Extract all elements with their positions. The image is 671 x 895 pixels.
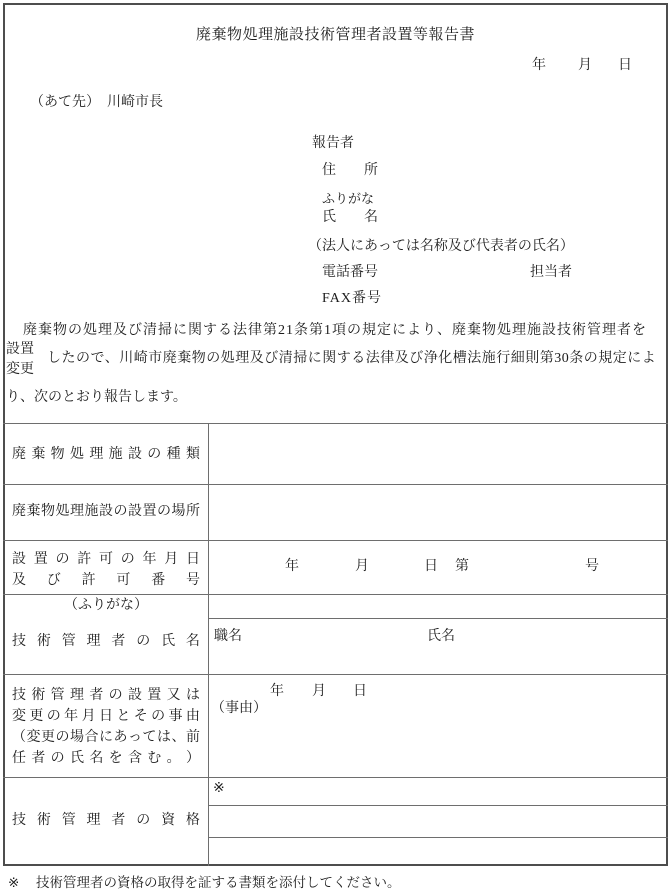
footnote-text: 技術管理者の資格の取得を証する書類を添付してください。 <box>36 875 401 892</box>
document-page: 廃棄物処理施設技術管理者設置等報告書 年 月 日 （あて先） 川崎市長 報告者 … <box>0 0 671 895</box>
facility-location-value-cell <box>209 485 668 540</box>
appointment-reason-label: （事由） <box>211 700 267 718</box>
manager-job-title-label: 職名 <box>214 628 242 646</box>
row-divider <box>3 777 668 778</box>
reporter-address-label: 住 所 <box>322 162 378 180</box>
qualification-label: 技術管理者の資格 <box>12 812 200 830</box>
reporter-contact-person-label: 担当者 <box>530 264 572 282</box>
body-paragraph-line2: したので、川崎市廃棄物の処理及び清掃に関する法律及び浄化槽法施行細則第30条の規… <box>47 350 656 368</box>
appointment-month-label: 月 <box>312 683 326 701</box>
appointment-label-line2: 変更の年月日とその事由 <box>12 708 200 726</box>
qualification-value-cell <box>209 806 668 836</box>
manager-furigana-value-cell <box>209 595 668 617</box>
permit-label-line2: 及び許可番号 <box>12 572 200 590</box>
choice-change-label: 変更 <box>6 361 34 379</box>
manager-name-row-label: 技術管理者の氏名 <box>12 633 200 651</box>
facility-type-value-cell <box>209 424 668 484</box>
header-date-year-label: 年 <box>532 57 546 75</box>
row-divider <box>3 674 668 675</box>
appointment-label-line4: 任者の氏名を含む。） <box>12 750 200 768</box>
permit-number-suffix-label: 号 <box>585 558 599 576</box>
appointment-day-label: 日 <box>353 683 367 701</box>
reporter-heading: 報告者 <box>312 135 354 153</box>
header-date-month-label: 月 <box>578 57 592 75</box>
manager-name-label: 氏名 <box>427 628 455 646</box>
addressee: （あて先） 川崎市長 <box>30 94 163 112</box>
reporter-phone-label: 電話番号 <box>322 264 378 282</box>
header-date-day-label: 日 <box>618 57 632 75</box>
page-title: 廃棄物処理施設技術管理者設置等報告書 <box>0 26 671 45</box>
appointment-year-label: 年 <box>270 683 284 701</box>
permit-label-line1: 設置の許可の年月日 <box>12 551 200 569</box>
manager-furigana-label: （ふりがな） <box>12 597 200 615</box>
reporter-corporate-note: （法人にあっては名称及び代表者の氏名） <box>308 238 574 256</box>
permit-day-label: 日 <box>424 558 438 576</box>
reporter-fax-label: FAX番号 <box>322 290 382 308</box>
appointment-label-line3: （変更の場合にあっては、前 <box>12 729 200 747</box>
row-divider <box>3 540 668 541</box>
permit-year-label: 年 <box>285 558 299 576</box>
choice-install-label: 設置 <box>6 341 34 359</box>
body-paragraph-line1: 廃棄物の処理及び清掃に関する法律第21条第1項の規定により、廃棄物処理施設技術管… <box>8 322 647 340</box>
reporter-name-label: 氏 名 <box>322 209 378 227</box>
permit-month-label: 月 <box>355 558 369 576</box>
body-paragraph-line3: り、次のとおり報告します。 <box>6 389 187 407</box>
facility-type-label: 廃棄物処理施設の種類 <box>12 446 200 464</box>
qualification-note-mark: ※ <box>213 780 225 798</box>
qualification-value-cell <box>209 838 668 865</box>
footnote-mark: ※ <box>8 875 19 892</box>
appointment-label-line1: 技術管理者の設置又は <box>12 687 200 705</box>
facility-location-label: 廃棄物処理施設の設置の場所 <box>12 503 200 521</box>
permit-number-prefix-label: 第 <box>455 558 469 576</box>
reporter-furigana-label: ふりがな <box>322 191 374 207</box>
furigana-subrow-divider <box>209 618 668 619</box>
